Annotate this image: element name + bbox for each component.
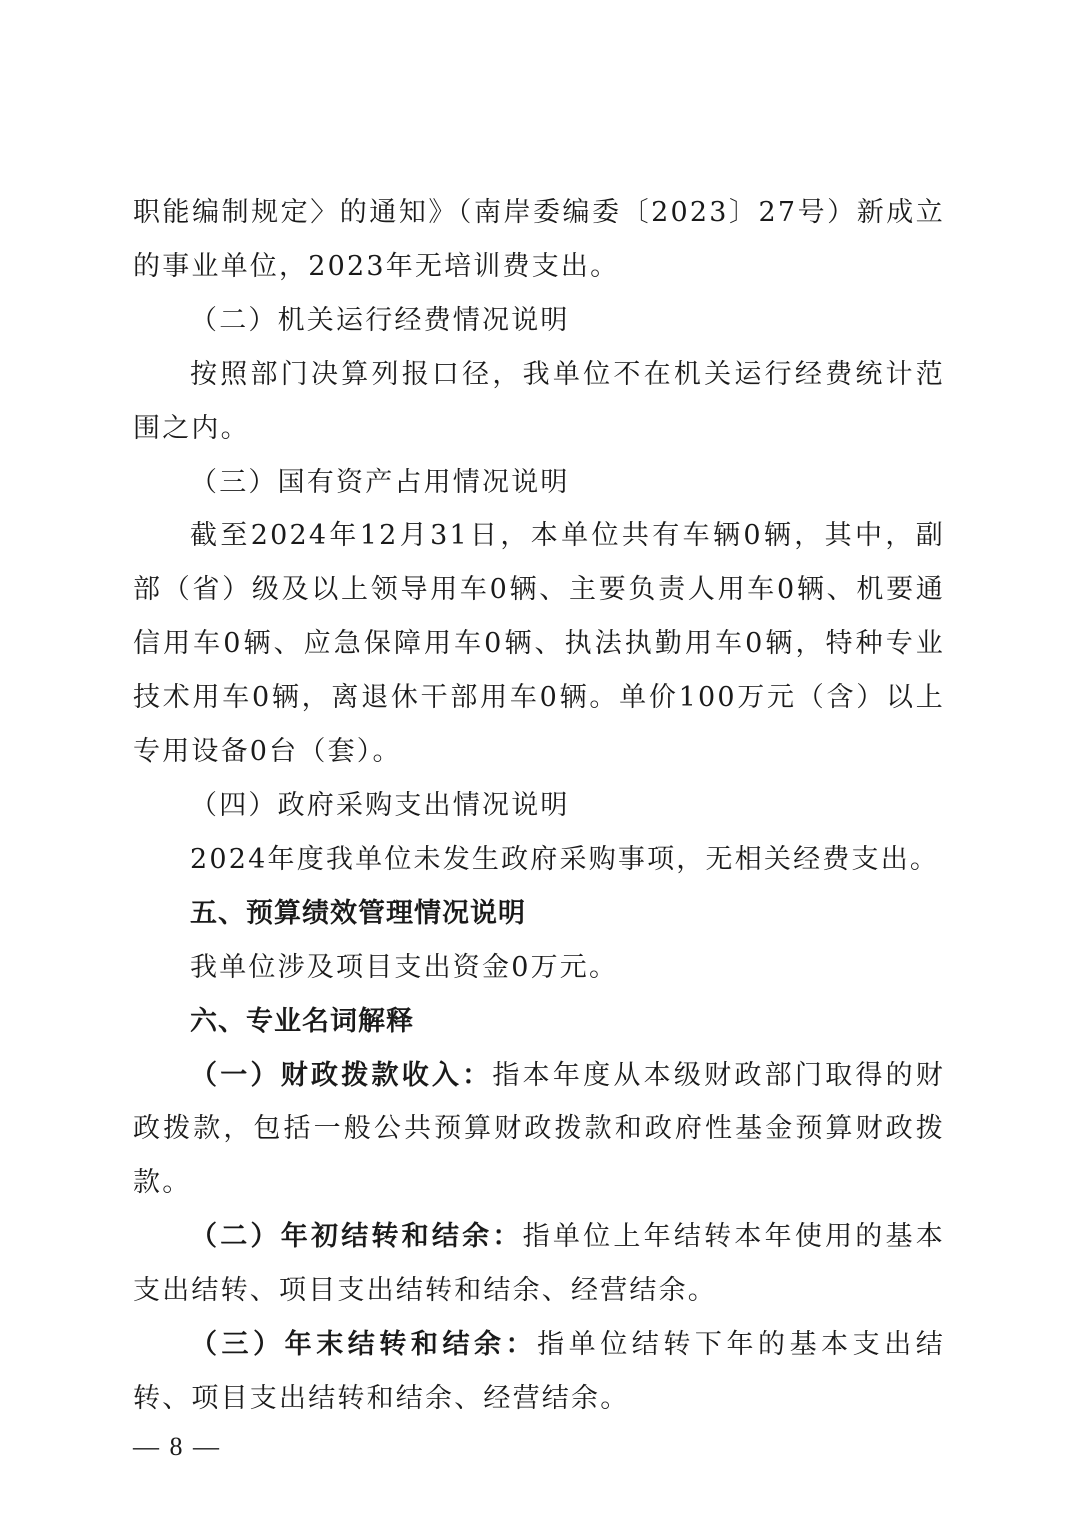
- paragraph-government-procurement: 2024年度我单位未发生政府采购事项，无相关经费支出。: [133, 833, 945, 887]
- document-body: 职能编制规定〉的通知》（南岸委编委〔2023〕27号）新成立的事业单位，2023…: [133, 186, 945, 1426]
- subheading-operating-expenses: （二）机关运行经费情况说明: [133, 294, 945, 348]
- subheading-government-procurement: （四）政府采购支出情况说明: [133, 779, 945, 833]
- definition-term: （三）年末结转和结余：: [190, 1329, 537, 1360]
- paragraph-state-assets: 截至2024年12月31日，本单位共有车辆0辆，其中，副部（省）级及以上领导用车…: [133, 509, 945, 779]
- definition-fiscal-appropriation-income: （一）财政拨款收入：指本年度从本级财政部门取得的财政拨款，包括一般公共预算财政拨…: [133, 1049, 945, 1211]
- document-page: 职能编制规定〉的通知》（南岸委编委〔2023〕27号）新成立的事业单位，2023…: [0, 0, 1075, 1520]
- definition-ending-carryover: （三）年末结转和结余：指单位结转下年的基本支出结转、项目支出结转和结余、经营结余…: [133, 1318, 945, 1426]
- paragraph-performance-management: 我单位涉及项目支出资金0万元。: [133, 941, 945, 995]
- definition-term: （一）财政拨款收入：: [190, 1060, 492, 1091]
- paragraph-operating-expenses: 按照部门决算列报口径，我单位不在机关运行经费统计范围之内。: [133, 348, 945, 456]
- subheading-state-assets: （三）国有资产占用情况说明: [133, 456, 945, 510]
- page-number: — 8 —: [133, 1432, 221, 1462]
- definition-term: （二）年初结转和结余：: [190, 1221, 523, 1252]
- heading-glossary: 六、专业名词解释: [133, 995, 945, 1049]
- heading-performance-management: 五、预算绩效管理情况说明: [133, 887, 945, 941]
- definition-beginning-carryover: （二）年初结转和结余：指单位上年结转本年使用的基本支出结转、项目支出结转和结余、…: [133, 1210, 945, 1318]
- paragraph-training-fee-continuation: 职能编制规定〉的通知》（南岸委编委〔2023〕27号）新成立的事业单位，2023…: [133, 186, 945, 294]
